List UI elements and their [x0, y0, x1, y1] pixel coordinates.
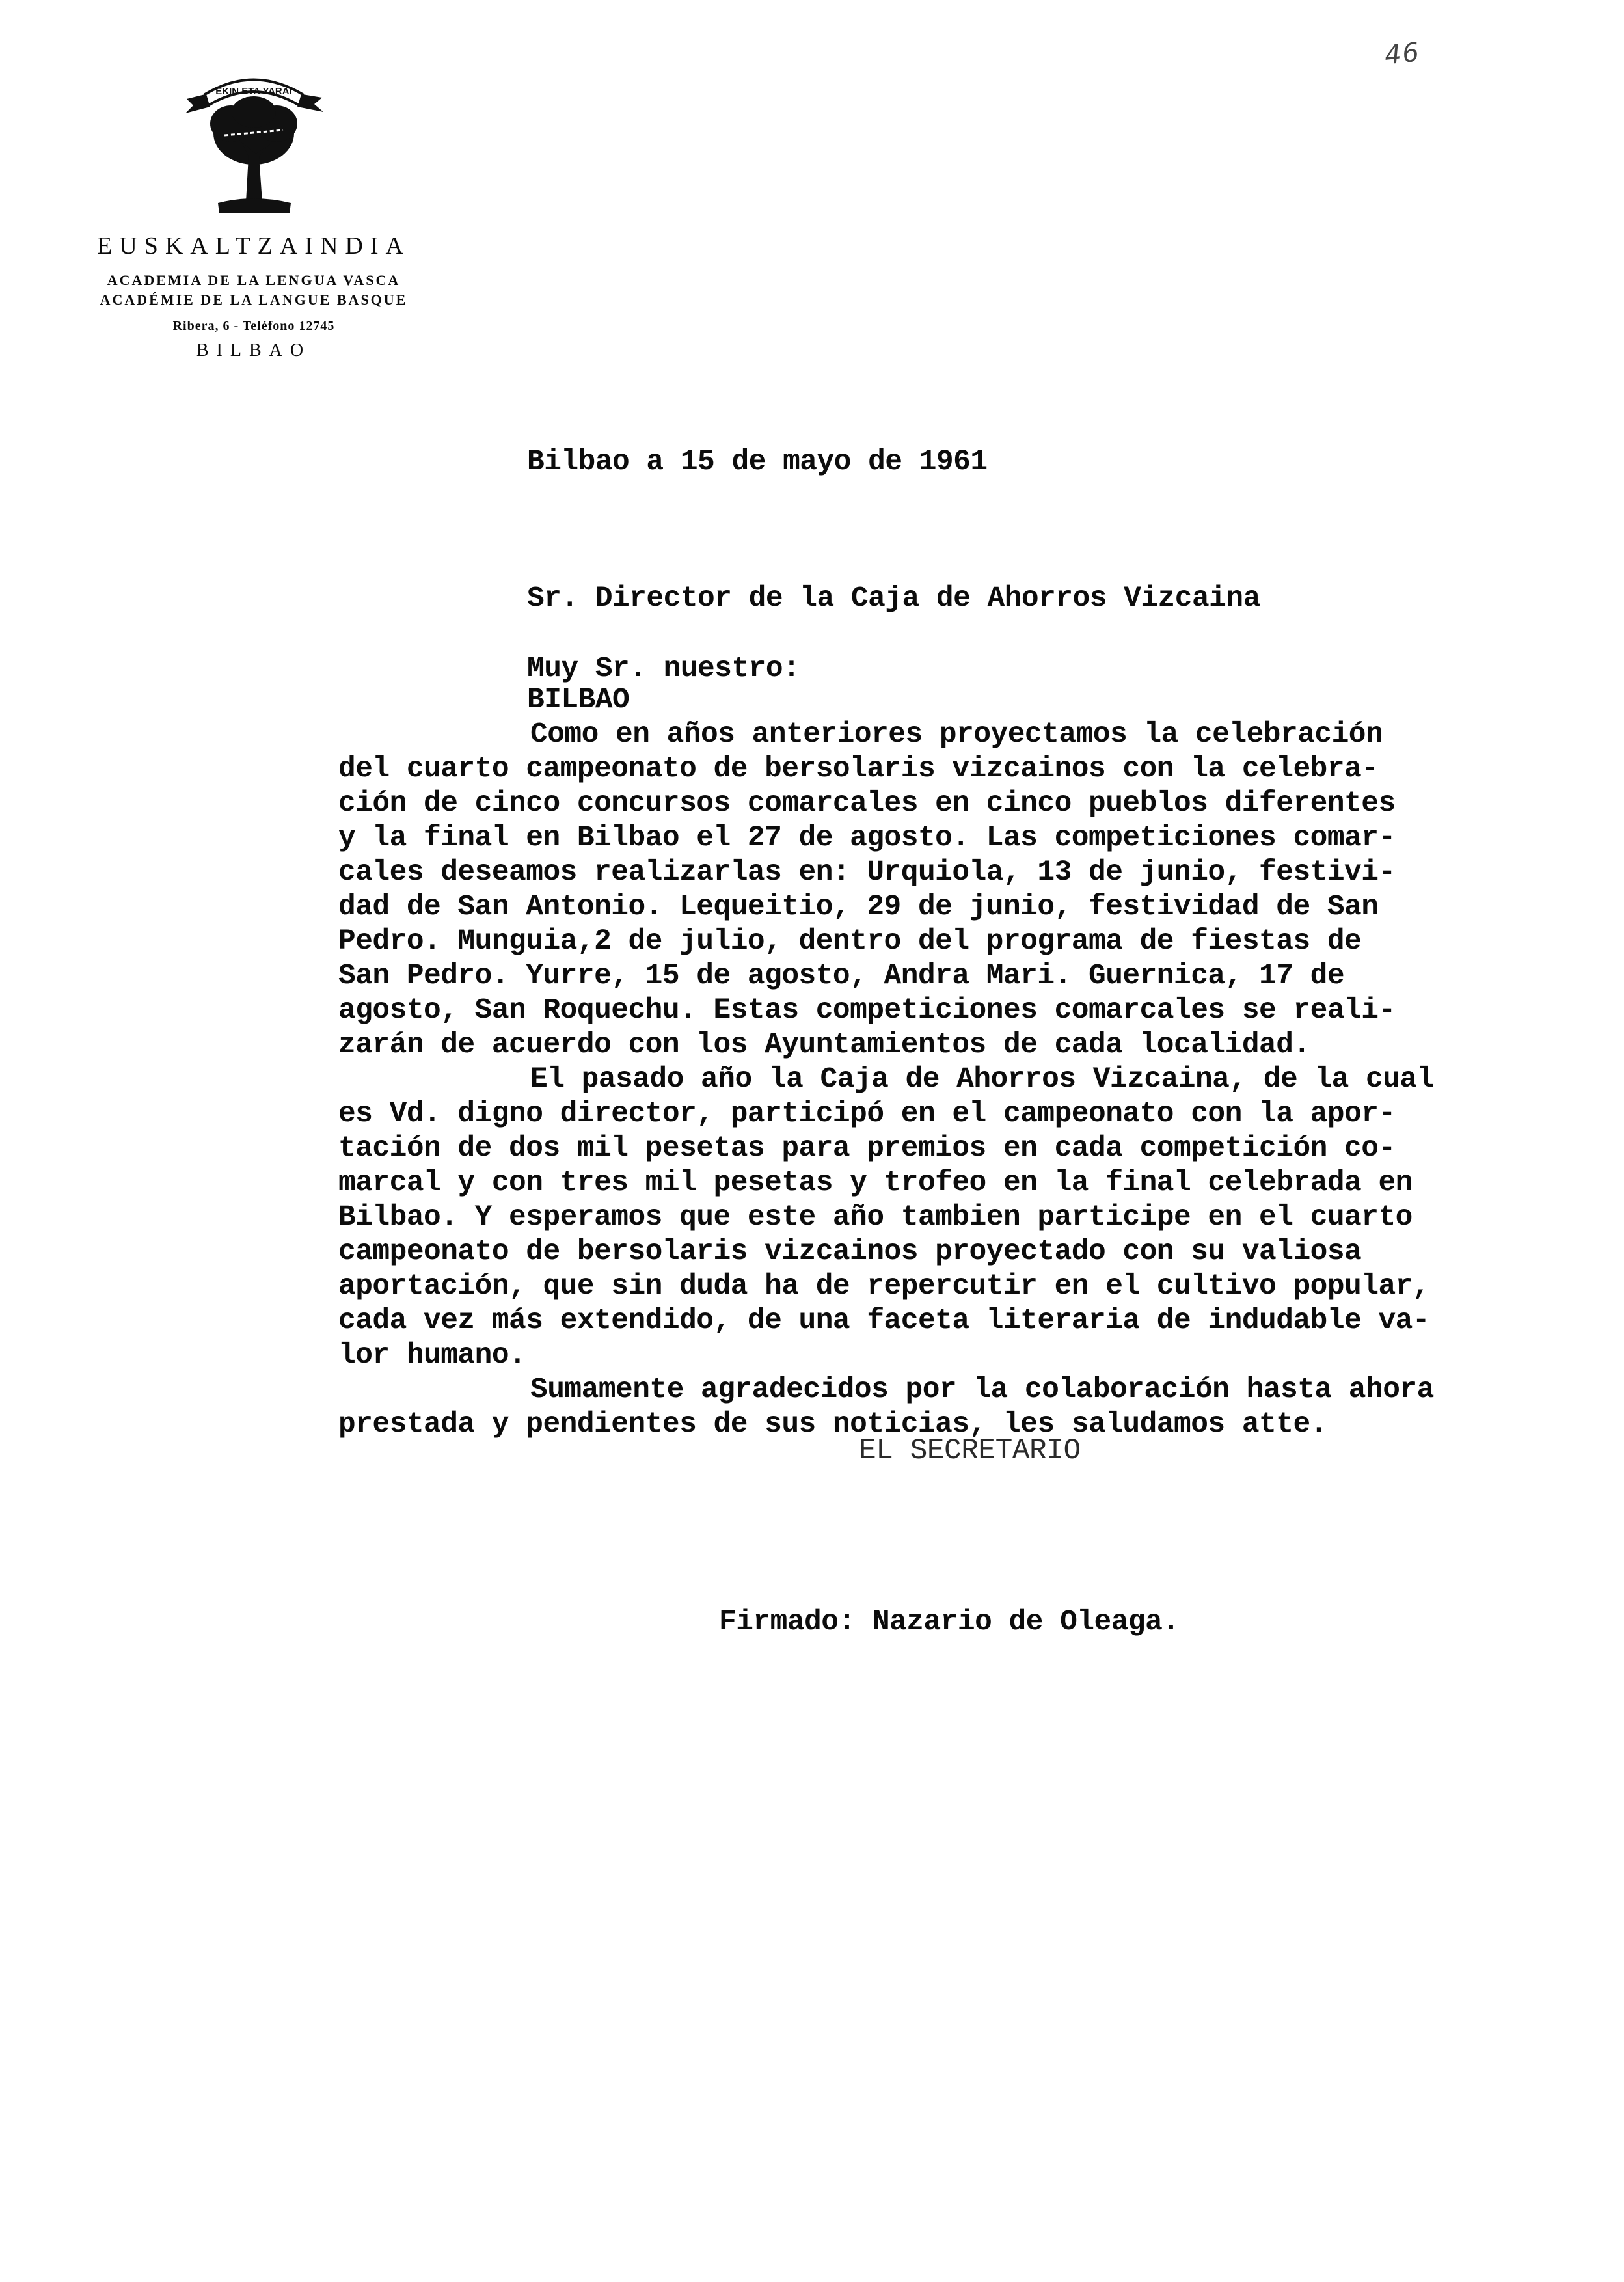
organization-subtitle-spanish: ACADEMIA DE LA LENGUA VASCA — [72, 271, 436, 290]
oak-tree-emblem-icon: EKIN ETA YARAI — [179, 59, 329, 215]
handwritten-archive-number: 46 — [1383, 37, 1422, 70]
recipient-block: Sr. Director de la Caja de Ahorros Vizca… — [527, 514, 1260, 751]
body-line: ción de cinco concursos comarcales en ci… — [338, 787, 1434, 821]
body-line: zarán de acuerdo con los Ayuntamientos d… — [338, 1028, 1434, 1063]
body-line: El pasado año la Caja de Ahorros Vizcain… — [338, 1063, 1434, 1097]
body-line: del cuarto campeonato de bersolaris vizc… — [338, 752, 1434, 787]
organization-subtitle-french: ACADÉMIE DE LA LANGUE BASQUE — [72, 290, 436, 310]
body-line: agosto, San Roquechu. Estas competicione… — [338, 994, 1434, 1028]
body-line: aportación, que sin duda ha de repercuti… — [338, 1270, 1434, 1304]
body-line: lor humano. — [338, 1338, 1434, 1373]
body-line: cales deseamos realizarlas en: Urquiola,… — [338, 856, 1434, 890]
organization-city: BILBAO — [72, 340, 436, 361]
salutation: Muy Sr. nuestro: — [527, 653, 800, 685]
body-line: Sumamente agradecidos por la colaboració… — [338, 1373, 1434, 1407]
body-line: Bilbao. Y esperamos que este año tambien… — [338, 1201, 1434, 1235]
svg-text:EKIN ETA YARAI: EKIN ETA YARAI — [215, 86, 292, 97]
letterhead: EKIN ETA YARAI EUSKALTZAINDIA ACADEMIA D… — [72, 59, 436, 361]
closing-title: EL SECRETARIO — [859, 1435, 1081, 1467]
body-line: San Pedro. Yurre, 15 de agosto, Andra Ma… — [338, 959, 1434, 994]
organization-address: Ribera, 6 - Teléfono 12745 — [72, 319, 436, 334]
body-line: marcal y con tres mil pesetas y trofeo e… — [338, 1166, 1434, 1201]
body-line: dad de San Antonio. Lequeitio, 29 de jun… — [338, 890, 1434, 925]
body-line: Como en años anteriores proyectamos la c… — [338, 718, 1434, 752]
organization-name: EUSKALTZAINDIA — [72, 232, 436, 260]
recipient-name: Sr. Director de la Caja de Ahorros Vizca… — [527, 582, 1260, 616]
signature-line: Firmado: Nazario de Oleaga. — [719, 1606, 1180, 1638]
body-line: campeonato de bersolaris vizcainos proye… — [338, 1235, 1434, 1270]
body-line: Pedro. Munguia,2 de julio, dentro del pr… — [338, 925, 1434, 959]
letter-date: Bilbao a 15 de mayo de 1961 — [527, 446, 988, 478]
body-line: y la final en Bilbao el 27 de agosto. La… — [338, 821, 1434, 856]
body-line: es Vd. digno director, participó en el c… — [338, 1097, 1434, 1132]
body-line: cada vez más extendido, de una faceta li… — [338, 1304, 1434, 1338]
letter-body: Como en años anteriores proyectamos la c… — [338, 718, 1434, 1442]
recipient-city: BILBAO — [527, 683, 1260, 717]
body-line: tación de dos mil pesetas para premios e… — [338, 1132, 1434, 1166]
